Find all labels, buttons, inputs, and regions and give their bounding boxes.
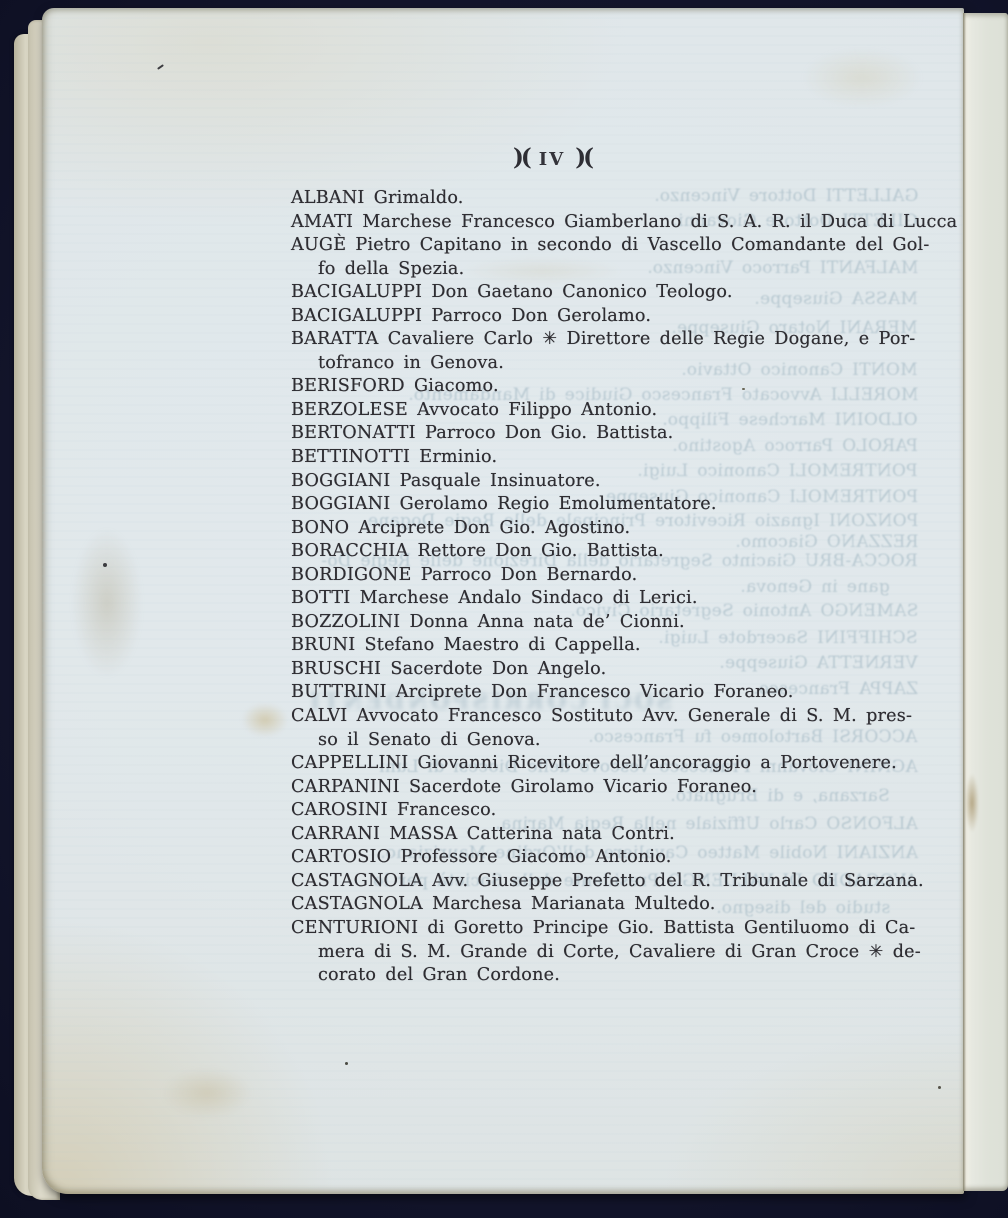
paper-speck: [103, 563, 107, 567]
entry-line: CARPANINI Sacerdote Girolamo Vicario For…: [291, 776, 951, 800]
entry-line: corato del Gran Cordone.: [291, 964, 951, 988]
entry-line: CASTAGNOLA Marchesa Marianata Multedo.: [291, 893, 951, 917]
entry-line: BORDIGONE Parroco Don Bernardo.: [291, 564, 951, 588]
entry-line: BRUNI Stefano Maestro di Cappella.: [291, 634, 951, 658]
entry-line: ALBANI Grimaldo.: [291, 187, 951, 211]
adjacent-page-edge: [963, 13, 1008, 1191]
paper-speck: [345, 1062, 348, 1065]
paper-stain: [965, 773, 979, 833]
paper-stain: [242, 703, 288, 737]
entry-line: fo della Spezia.: [291, 258, 951, 282]
entry-line: BOTTI Marchese Andalo Sindaco di Lerici.: [291, 587, 951, 611]
entry-line: BOGGIANI Gerolamo Regio Emolumentatore.: [291, 493, 951, 517]
folio-page-number: IV: [529, 149, 575, 170]
entry-line: BARATTA Cavaliere Carlo ✳ Direttore dell…: [291, 328, 951, 352]
entry-line: BERISFORD Giacomo.: [291, 375, 951, 399]
entry-line: BACIGALUPPI Don Gaetano Canonico Teologo…: [291, 281, 951, 305]
entry-line: BRUSCHI Sacerdote Don Angelo.: [291, 658, 951, 682]
entry-line: mera di S. M. Grande di Corte, Cavaliere…: [291, 941, 951, 965]
scanned-book-photo: GALLETTI Dottore Vincenzo.GILETTI Dottor…: [0, 0, 1008, 1218]
page-folio: )(IV)(: [472, 144, 632, 171]
entry-line: CARRANI MASSA Catterina nata Contri.: [291, 823, 951, 847]
entry-line: CENTURIONI di Goretto Principe Gio. Batt…: [291, 917, 951, 941]
entry-line: BOZZOLINI Donna Anna nata de’ Cionni.: [291, 611, 951, 635]
entry-line: BERZOLESE Avvocato Filippo Antonio.: [291, 399, 951, 423]
entry-line: CARTOSIO Professore Giacomo Antonio.: [291, 846, 951, 870]
entry-line: so il Senato di Genova.: [291, 729, 951, 753]
paper-speck: [938, 1086, 941, 1089]
entry-line: CAPPELLINI Giovanni Ricevitore dell’anco…: [291, 752, 951, 776]
entry-line: AMATI Marchese Francesco Giamberlano di …: [291, 211, 951, 235]
paper-speck: [157, 64, 164, 70]
folio-left-ornament: )(: [513, 144, 529, 171]
entry-line: BORACCHIA Rettore Don Gio. Battista.: [291, 540, 951, 564]
entry-line: BACIGALUPPI Parroco Don Gerolamo.: [291, 305, 951, 329]
entry-line: BERTONATTI Parroco Don Gio. Battista.: [291, 422, 951, 446]
entry-line: BUTTRINI Arciprete Don Francesco Vicario…: [291, 681, 951, 705]
book-page: GALLETTI Dottore Vincenzo.GILETTI Dottor…: [42, 8, 964, 1194]
entry-line: BOGGIANI Pasquale Insinuatore.: [291, 470, 951, 494]
paper-stain: [72, 528, 142, 678]
entry-line: CASTAGNOLA Avv. Giuseppe Prefetto del R.…: [291, 870, 951, 894]
entry-list: ALBANI Grimaldo.AMATI Marchese Francesco…: [291, 187, 951, 988]
entry-line: tofranco in Genova.: [291, 352, 951, 376]
paper-stain: [162, 1068, 252, 1118]
entry-line: AUGÈ Pietro Capitano in secondo di Vasce…: [291, 234, 951, 258]
entry-line: CALVI Avvocato Francesco Sostituto Avv. …: [291, 705, 951, 729]
entry-line: CAROSINI Francesco.: [291, 799, 951, 823]
entry-line: BONO Arciprete Don Gio. Agostino.: [291, 517, 951, 541]
folio-right-ornament: )(: [575, 144, 591, 171]
paper-stain: [802, 48, 922, 108]
entry-line: BETTINOTTI Erminio.: [291, 446, 951, 470]
